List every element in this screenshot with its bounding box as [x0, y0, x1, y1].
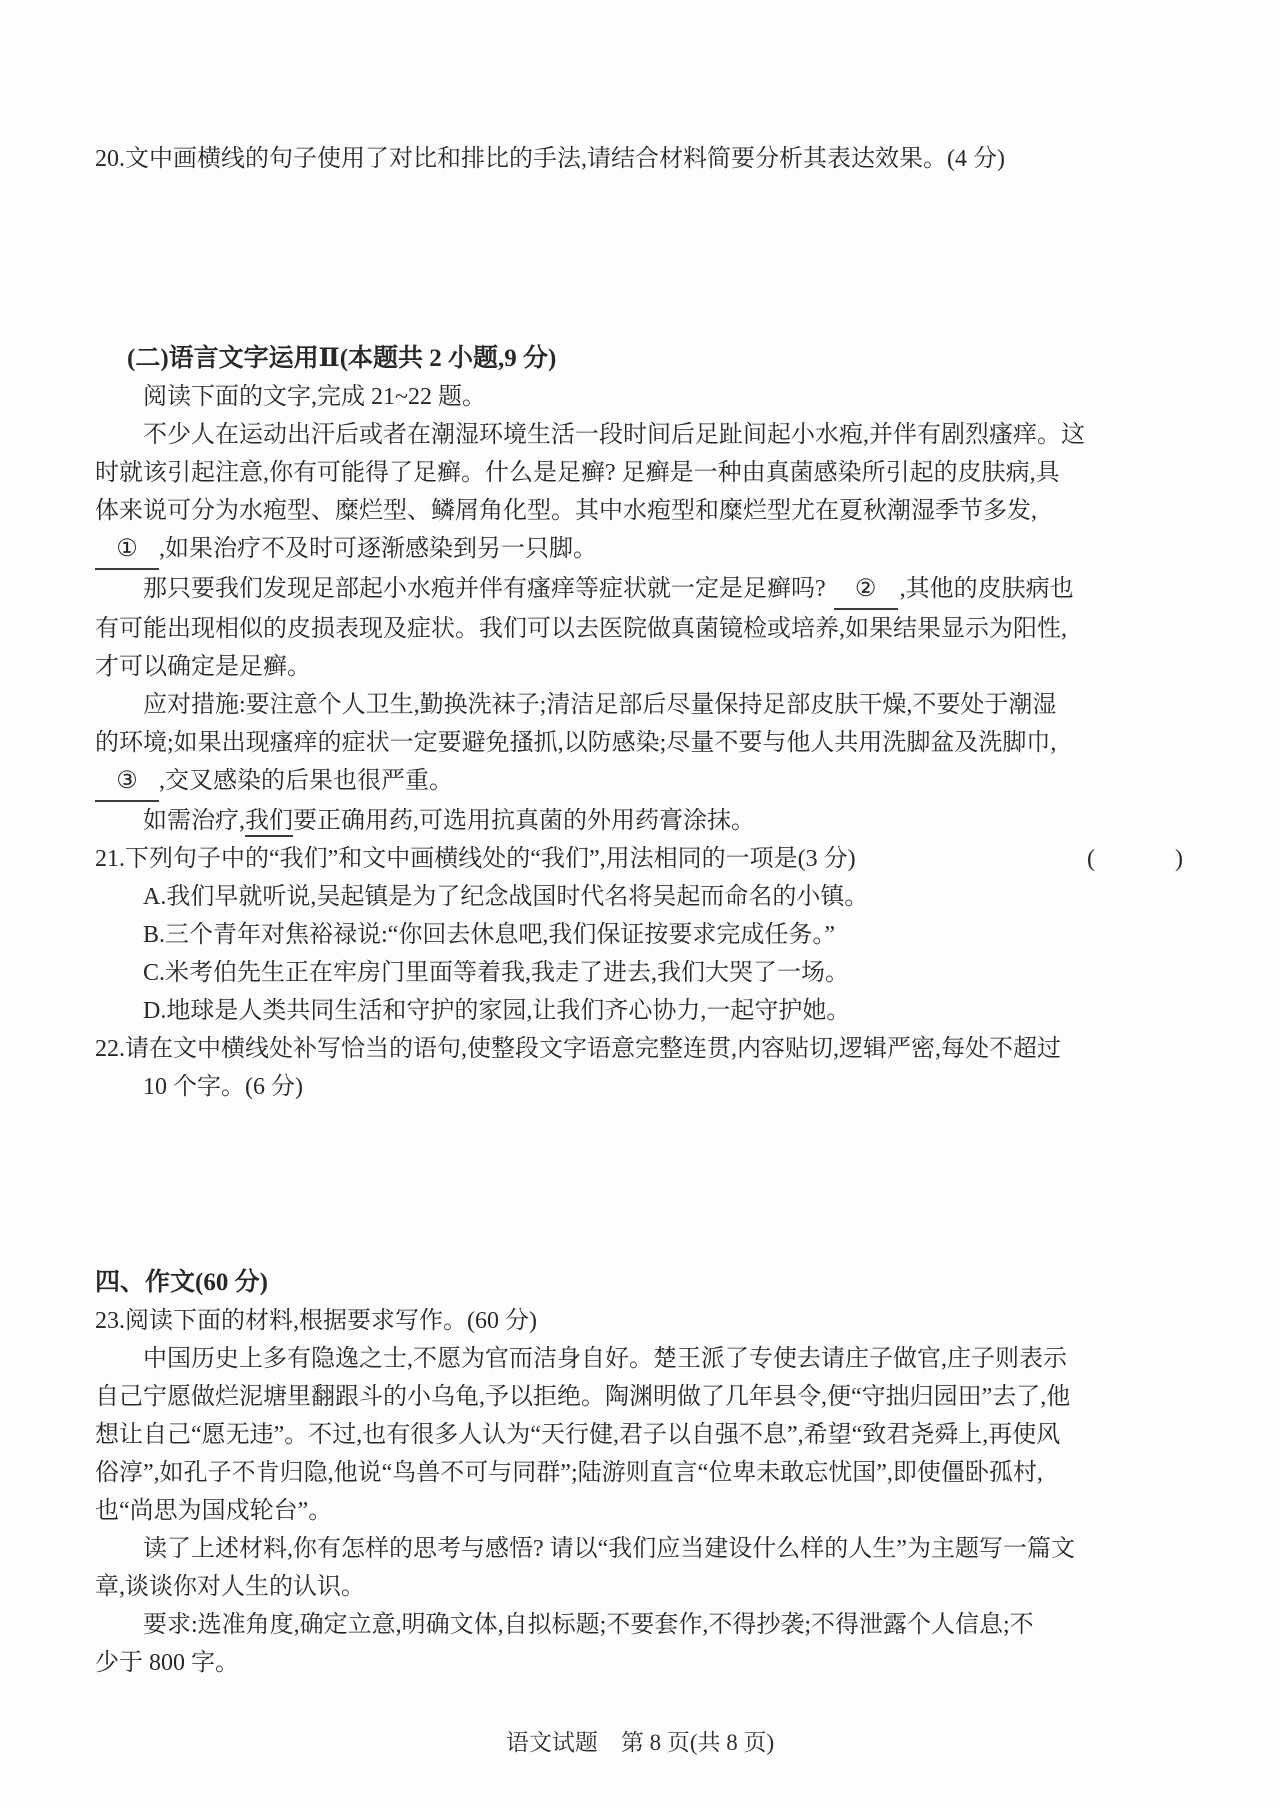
passage-line-5-text-after: ,其他的皮肤病也 — [900, 576, 1074, 602]
essay-material-line-3: 想让自己“愿无违”。不过,也有很多人认为“天行健,君子以自强不息”,希望“致君尧… — [95, 1416, 1185, 1454]
essay-requirements-line-1: 要求:选准角度,确定立意,明确文体,自拟标题;不要套作,不得抄袭;不得泄露个人信… — [95, 1606, 1185, 1644]
essay-requirements-line-2: 少于 800 字。 — [95, 1644, 1185, 1682]
passage-line-5-text: 那只要我们发现足部起小水疱并伴有瘙痒等症状就一定是足癣吗? — [143, 576, 826, 602]
essay-prompt-line-1: 读了上述材料,你有怎样的思考与感悟? 请以“我们应当建设什么样的人生”为主题写一… — [95, 1530, 1185, 1568]
blank-3-circled-number: ③ — [95, 762, 159, 802]
passage-line-11-post: 要正确用药,可选用抗真菌的外用药膏涂抹。 — [293, 808, 755, 834]
question-21-option-b: B.三个青年对焦裕禄说:“你回去休息吧,我们保证按要求完成任务。” — [95, 916, 1185, 954]
question-21-stem: 21.下列句子中的“我们”和文中画横线处的“我们”,用法相同的一项是(3 分) — [95, 840, 856, 878]
passage-line-5: 那只要我们发现足部起小水疱并伴有瘙痒等症状就一定是足癣吗?②,其他的皮肤病也 — [95, 570, 1185, 610]
question-23-stem: 23.阅读下面的材料,根据要求写作。(60 分) — [95, 1302, 1185, 1340]
passage-line-6: 有可能出现相似的皮损表现及症状。我们可以去医院做真菌镜检或培养,如果结果显示为阳… — [95, 610, 1185, 648]
section4-header: 四、作文(60 分) — [95, 1264, 1185, 1302]
passage-line-8: 应对措施:要注意个人卫生,勤换洗袜子;清洁足部后尽量保持足部皮肤干燥,不要处于潮… — [95, 686, 1185, 724]
answer-bracket-q21: ( ) — [1087, 840, 1185, 878]
passage-line-4: ①,如果治疗不及时可逐渐感染到另一只脚。 — [95, 530, 1185, 570]
passage-line-1: 不少人在运动出汗后或者在潮湿环境生活一段时间后足趾间起小水疱,并伴有剧烈瘙痒。这 — [95, 416, 1185, 454]
passage-line-10: ③,交叉感染的后果也很严重。 — [95, 762, 1185, 802]
passage-line-11-pre: 如需治疗, — [143, 808, 245, 834]
blank-1-circled-number: ① — [95, 530, 159, 570]
question-21-stem-row: 21.下列句子中的“我们”和文中画横线处的“我们”,用法相同的一项是(3 分)(… — [95, 840, 1185, 878]
section2-header: (二)语言文字运用Ⅱ(本题共 2 小题,9 分) — [95, 340, 1185, 378]
passage-line-3: 体来说可分为水疱型、糜烂型、鳞屑角化型。其中水疱型和糜烂型尤在夏秋潮湿季节多发, — [95, 492, 1185, 530]
question-21-option-d: D.地球是人类共同生活和守护的家园,让我们齐心协力,一起守护她。 — [95, 992, 1185, 1030]
blank-2-circled-number: ② — [834, 570, 898, 610]
essay-material-line-2: 自己宁愿做烂泥塘里翻跟斗的小乌龟,予以拒绝。陶渊明做了几年县令,便“守拙归园田”… — [95, 1378, 1185, 1416]
passage-line-11: 如需治疗,我们要正确用药,可选用抗真菌的外用药膏涂抹。 — [95, 802, 1185, 840]
passage-line-7: 才可以确定是足癣。 — [95, 648, 1185, 686]
passage-line-9: 的环境;如果出现瘙痒的症状一定要避免搔抓,以防感染;尽量不要与他人共用洗脚盆及洗… — [95, 724, 1185, 762]
page-content: 20.文中画横线的句子使用了对比和排比的手法,请结合材料简要分析其表达效果。(4… — [0, 140, 1280, 1682]
essay-prompt-line-2: 章,谈谈你对人生的认识。 — [95, 1568, 1185, 1606]
question-21-option-c: C.米考伯先生正在牢房门里面等着我,我走了进去,我们大哭了一场。 — [95, 954, 1185, 992]
essay-material-line-1: 中国历史上多有隐逸之士,不愿为官而洁身自好。楚王派了专使去请庄子做官,庄子则表示 — [95, 1340, 1185, 1378]
underlined-women: 我们 — [245, 808, 293, 837]
exam-paper-page: 20.文中画横线的句子使用了对比和排比的手法,请结合材料简要分析其表达效果。(4… — [0, 0, 1280, 1808]
passage-line-10-text: ,交叉感染的后果也很严重。 — [159, 768, 453, 794]
section2-intro: 阅读下面的文字,完成 21~22 题。 — [95, 378, 1185, 416]
page-footer: 语文试题 第 8 页(共 8 页) — [0, 1724, 1280, 1757]
passage-line-2: 时就该引起注意,你有可能得了足癣。什么是足癣? 足癣是一种由真菌感染所引起的皮肤… — [95, 454, 1185, 492]
question-21-option-a: A.我们早就听说,吴起镇是为了纪念战国时代名将吴起而命名的小镇。 — [95, 878, 1185, 916]
essay-material-line-5: 也“尚思为国戍轮台”。 — [95, 1492, 1185, 1530]
question-22-stem-line-2: 10 个字。(6 分) — [95, 1068, 1185, 1106]
essay-material-line-4: 俗淳”,如孔子不肯归隐,他说“鸟兽不可与同群”;陆游则直言“位卑未敢忘忧国”,即… — [95, 1454, 1185, 1492]
question-22-stem-line-1: 22.请在文中横线处补写恰当的语句,使整段文字语意完整连贯,内容贴切,逻辑严密,… — [95, 1030, 1185, 1068]
question-20-stem: 20.文中画横线的句子使用了对比和排比的手法,请结合材料简要分析其表达效果。(4… — [95, 140, 1185, 178]
passage-line-4-text: ,如果治疗不及时可逐渐感染到另一只脚。 — [159, 536, 597, 562]
